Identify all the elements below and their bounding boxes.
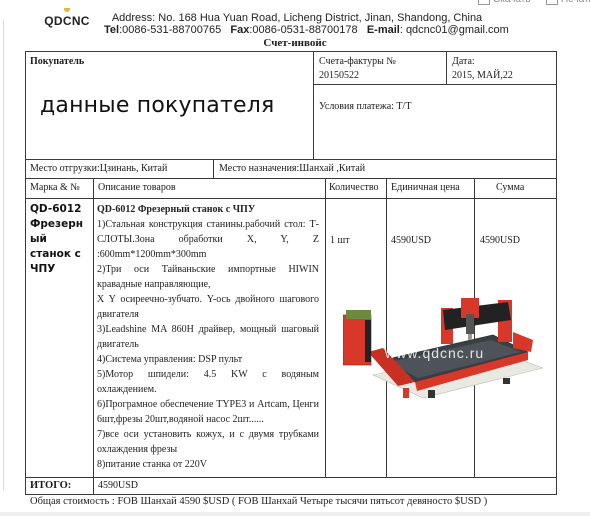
product-image: www.qdcnc.ru bbox=[343, 290, 543, 420]
item-description: QD-6012 Фрезерный станок с ЧПУ 1)Стальна… bbox=[97, 202, 319, 472]
divider bbox=[313, 51, 314, 159]
table-border-top bbox=[25, 51, 557, 52]
print-label: Печать bbox=[561, 0, 590, 5]
buyer-label: Покупатель bbox=[30, 55, 84, 68]
column-header-quantity: Количество bbox=[329, 181, 379, 194]
spec-line: 1)Стальная конструкция станины.рабочий с… bbox=[97, 217, 319, 262]
brand-line: ЧПУ bbox=[30, 262, 90, 277]
table-border-left bbox=[25, 51, 26, 495]
fax-label: Fax bbox=[230, 24, 249, 36]
brand-line: станок с bbox=[30, 247, 90, 262]
divider bbox=[313, 84, 556, 85]
tel-label: Tel bbox=[104, 24, 119, 36]
download-icon bbox=[478, 0, 490, 5]
divider bbox=[325, 178, 326, 477]
brand-line: Фрезерн bbox=[30, 217, 90, 232]
spec-line: X Y осиреечно-зубчато. Y-ось двойного ша… bbox=[97, 292, 319, 322]
page-edge-divider bbox=[3, 20, 4, 490]
divider bbox=[25, 159, 557, 160]
print-button[interactable]: Печать bbox=[546, 0, 590, 5]
document-title: Счет-инвойс bbox=[0, 37, 590, 49]
item-brand: QD-6012 Фрезерн ый станок с ЧПУ bbox=[30, 202, 90, 277]
brand-line: QD-6012 bbox=[30, 202, 90, 217]
print-icon bbox=[546, 0, 558, 5]
column-header-description: Описание товаров bbox=[98, 181, 176, 194]
divider bbox=[93, 178, 94, 494]
brand-line: ый bbox=[30, 232, 90, 247]
column-header-brand: Марка & № bbox=[30, 181, 80, 194]
payment-terms: Условия платежа: T/T bbox=[319, 100, 411, 113]
column-header-amount: Сумма bbox=[496, 181, 524, 194]
total-in-words: Общая стоимость : FOB Шанхай 4590 $USD (… bbox=[30, 496, 487, 507]
spec-line: 4)Система управления: DSP пульт bbox=[97, 352, 319, 367]
tel-value: :0086-531-88700765 bbox=[119, 24, 221, 36]
logo-mark-icon bbox=[64, 8, 70, 12]
invoice-number: 20150522 bbox=[319, 69, 359, 82]
spec-line: 5)Мотор шпидели: 4.5 KW с водяным охлажд… bbox=[97, 367, 319, 397]
spec-line: 8)питание станка от 220V bbox=[97, 457, 319, 472]
divider bbox=[25, 198, 557, 199]
spec-line: 3)Leadshine MA 860H драйвер, мощный шаго… bbox=[97, 322, 319, 352]
page-bottom-band bbox=[0, 512, 590, 516]
company-logo: QDCNC bbox=[40, 8, 94, 28]
buyer-details: данные покупателя bbox=[40, 93, 274, 118]
item-unit-price: 4590USD bbox=[391, 234, 431, 247]
divider bbox=[213, 159, 214, 178]
column-header-unit-price: Единичная цена bbox=[391, 181, 460, 194]
divider bbox=[446, 51, 447, 85]
date-label: Дата: bbox=[452, 55, 475, 68]
company-contacts: Tel:0086-531-88700765 Fax:0086-0531-8870… bbox=[104, 24, 509, 36]
divider bbox=[25, 477, 557, 478]
item-amount: 4590USD bbox=[480, 234, 520, 247]
spec-line: 2)Три оси Тайваньские импортные HIWIN кр… bbox=[97, 262, 319, 292]
download-label: Скачать bbox=[493, 0, 531, 5]
item-quantity: 1 шт bbox=[330, 234, 350, 247]
logo-text: QDCNC bbox=[40, 14, 94, 28]
spec-line: 6)Програмное обеспечение TYPE3 и Artcam,… bbox=[97, 397, 319, 427]
shipment-origin: Место отгрузки:Цзинань, Китай bbox=[30, 162, 167, 175]
invoice-date: 2015, МАЙ,22 bbox=[452, 69, 513, 82]
fax-value: :0086-0531-88700178 bbox=[249, 24, 357, 36]
download-button[interactable]: Скачать bbox=[478, 0, 531, 5]
table-border-bottom bbox=[25, 494, 557, 495]
company-address: Address: No. 168 Hua Yuan Road, Licheng … bbox=[92, 12, 502, 24]
total-label: ИТОГО: bbox=[30, 479, 71, 492]
email-value: : qdcnc01@gmail.com bbox=[400, 24, 509, 36]
image-watermark: www.qdcnc.ru bbox=[385, 345, 484, 361]
divider bbox=[25, 178, 557, 179]
spec-line: 7)все оси установить кожух, и с двумя тр… bbox=[97, 427, 319, 457]
email-label: E-mail bbox=[367, 24, 400, 36]
item-title: QD-6012 Фрезерный станок с ЧПУ bbox=[97, 202, 319, 217]
total-value: 4590USD bbox=[98, 479, 138, 492]
destination: Место назначения:Шанхай ,Китай bbox=[219, 162, 365, 175]
table-border-right bbox=[556, 51, 557, 495]
invoice-number-label: Счета-фактуры № bbox=[319, 55, 396, 68]
